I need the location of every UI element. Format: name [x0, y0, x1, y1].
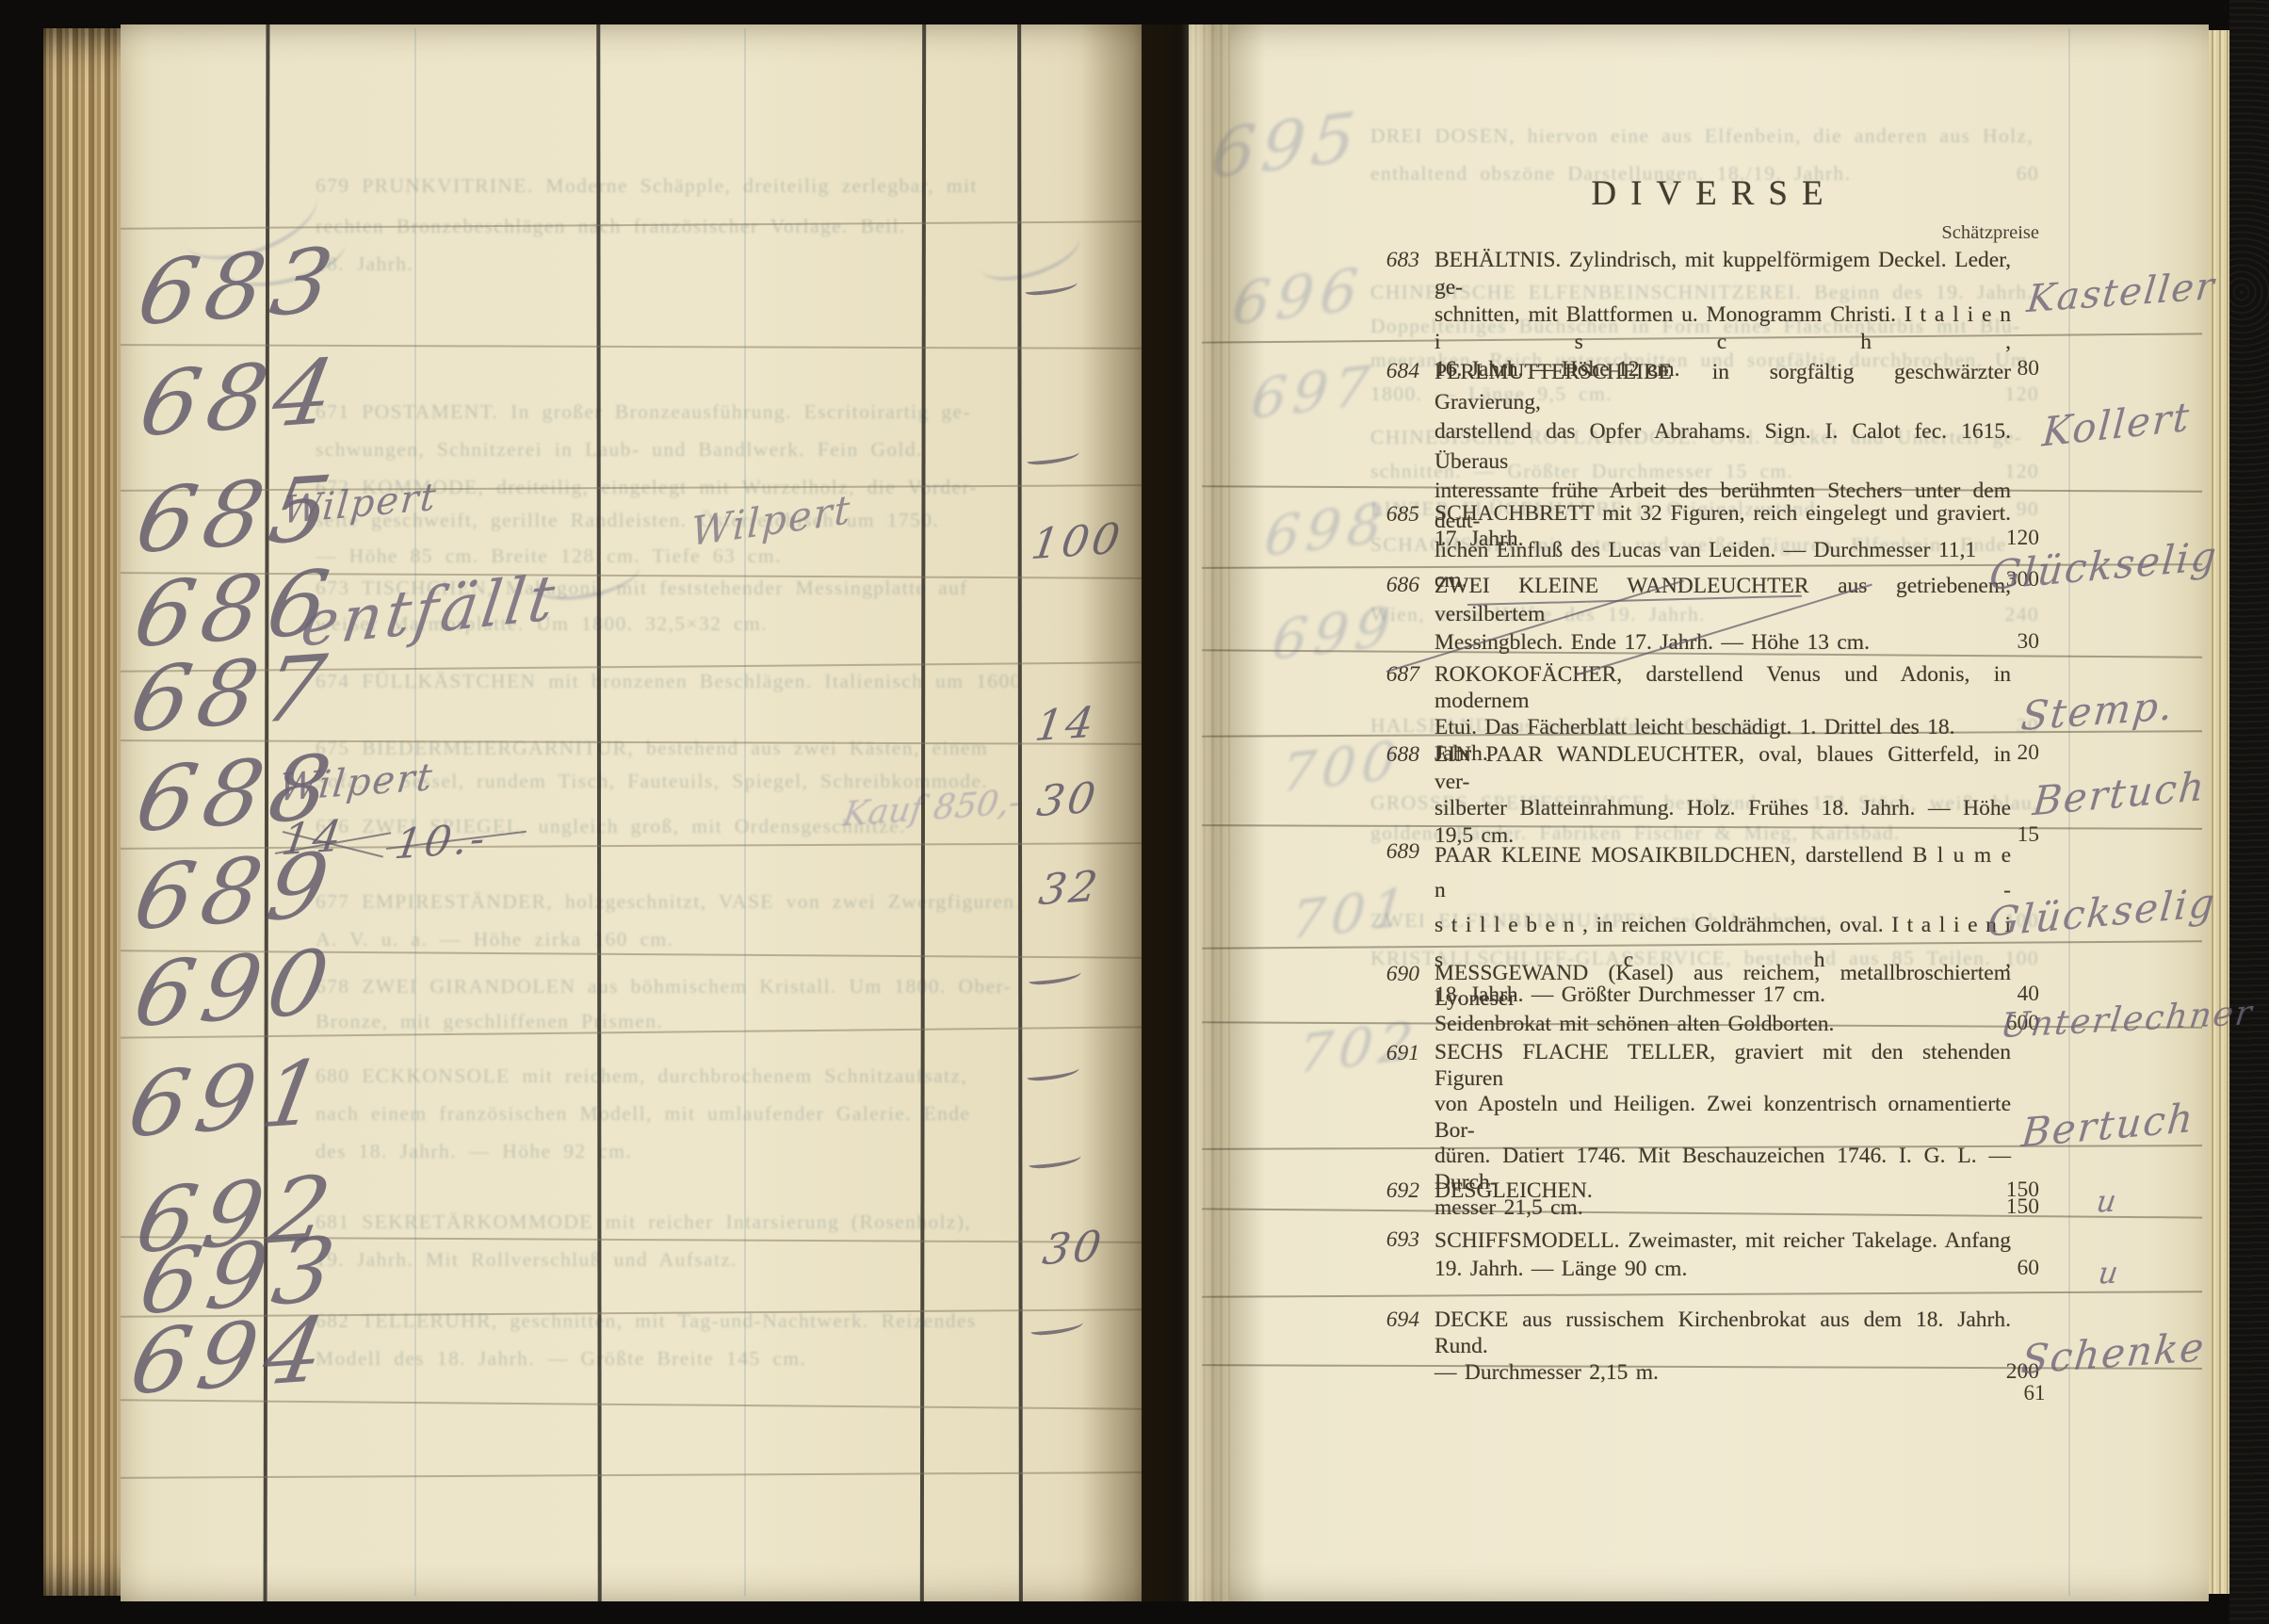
bleedthrough-print-line: A. V. u. a. — Höhe zirka 160 cm. — [316, 928, 1017, 951]
entry-text-line: DESGLEICHEN. — [1434, 1177, 2011, 1205]
entry-text-line: SECHS FLACHE TELLER, graviert mit den st… — [1434, 1040, 2011, 1092]
left-page-stack-edge — [43, 28, 124, 1596]
ledger-lot-number: 683 — [131, 229, 348, 346]
price-column-label: Schätzpreise — [1757, 222, 2039, 244]
ledger-price-value: 30 — [1034, 772, 1102, 826]
entry-text-line: silberter Blatteinrahmung. Holz. Frühes … — [1434, 795, 2011, 822]
ledger-lot-number: 694 — [123, 1298, 341, 1415]
bleedthrough-text: DREI DOSEN, hiervon eine aus Elfenbein, … — [1370, 124, 2034, 147]
book-cover-edge — [2229, 0, 2269, 1624]
bleedthrough-print-line: 679 PRUNKVITRINE. Moderne Schäpple, drei… — [316, 174, 1017, 198]
book-scan: DIVERSE Schätzpreise 61 679 PRUNKVITRINE… — [0, 0, 2269, 1624]
entry-text-line: Seidenbrokat mit schönen alten Goldborte… — [1434, 1012, 2011, 1037]
lot-number: 690 — [1386, 962, 1419, 987]
estimate-price: 30 — [2018, 627, 2040, 656]
bleedthrough-print-line: nach einem französischen Modell, mit uml… — [316, 1102, 1017, 1126]
entry-text-line: EIN PAAR WANDLEUCHTER, oval, blaues Gitt… — [1434, 741, 2011, 795]
entry-text-line: SCHACHBRETT mit 32 Figuren, reich eingel… — [1434, 501, 2011, 527]
bleedthrough-print-line: 678 ZWEI GIRANDOLEN aus böhmischem Krist… — [316, 975, 1017, 999]
lot-number: 686 — [1386, 573, 1419, 598]
ledger-struck-value: 14 — [279, 810, 348, 865]
bleedthrough-print-line: des 18. Jahrh. — Höhe 92 cm. — [316, 1140, 1017, 1163]
lot-number: 691 — [1386, 1041, 1419, 1066]
entry-text-line: BEHÄLTNIS. Zylindrisch, mit kuppelförmig… — [1434, 247, 2011, 301]
entry-text-line: Messingblech. Ende 17. Jahrh. — Höhe 13 … — [1434, 628, 2011, 657]
bleedthrough-print-line: Modell des 18. Jahrh. — Größte Breite 14… — [316, 1347, 1017, 1371]
catalog-entry-685: 685SCHACHBRETT mit 32 Figuren, reich ein… — [1434, 501, 2039, 552]
lot-number: 683 — [1386, 248, 1419, 273]
bleedthrough-print-line: — Höhe 85 cm. Breite 128 cm. Tiefe 63 cm… — [316, 544, 1017, 568]
ledger-ghost-rule — [414, 28, 416, 1596]
estimate-price: 120 — [2006, 526, 2039, 551]
bleedthrough-print-line: schwungen, Schnitzerei in Laub- und Band… — [316, 438, 1017, 462]
catalog-entry-688: 688EIN PAAR WANDLEUCHTER, oval, blaues G… — [1434, 741, 2039, 849]
ledger-ghost-rule — [744, 28, 746, 1596]
bleedthrough-print-line: 680 ECKKONSOLE mit reichem, durchbrochen… — [316, 1064, 1017, 1088]
entry-text-line: darstellend das Opfer Abrahams. Sign. I.… — [1434, 417, 2011, 477]
estimate-price: 60 — [2018, 1254, 2040, 1282]
entry-text-line: schnitten, mit Blattformen u. Monogramm … — [1434, 301, 2011, 356]
catalog-entry-692: 692DESGLEICHEN.150 — [1434, 1177, 2039, 1205]
catalog-entry-684: 684PERLMUTTERSCHEIBE in sorgfältig gesch… — [1434, 358, 2039, 595]
catalog-entry-694: 694DECKE aus russischem Kirchenbrokat au… — [1434, 1307, 2039, 1386]
entry-text-line: ZWEI KLEINE WANDLEUCHTER aus getriebenem… — [1434, 572, 2011, 628]
ledger-lot-number: 684 — [133, 340, 350, 457]
page-title: DIVERSE — [1413, 173, 2016, 214]
entry-text-line: DECKE aus russischem Kirchenbrokat aus d… — [1434, 1307, 2011, 1359]
entry-text-line: MESSGEWAND (Kasel) aus reichem, metallbr… — [1434, 961, 2011, 1012]
ledger-lot-number: 691 — [122, 1041, 339, 1158]
catalog-entry-693: 693SCHIFFSMODELL. Zweimaster, mit reiche… — [1434, 1226, 2039, 1283]
ledger-price-value: 100 — [1029, 513, 1126, 569]
bleedthrough-print-line: 19. Jahrh. Mit Rollverschluß und Aufsatz… — [316, 1248, 1017, 1272]
bleedthrough-price: 60 — [2017, 162, 2039, 186]
estimate-price: 150 — [2006, 1177, 2039, 1204]
bleedthrough-print-line: 671 POSTAMENT. In großer Bronzeausführun… — [316, 400, 1017, 424]
entry-text-line: von Aposteln und Heiligen. Zwei konzentr… — [1434, 1092, 2011, 1144]
lot-number: 693 — [1386, 1227, 1419, 1253]
ledger-lot-number: 690 — [127, 931, 345, 1047]
lot-number: 688 — [1386, 742, 1419, 768]
catalog-entry-690: 690MESSGEWAND (Kasel) aus reichem, metal… — [1434, 961, 2039, 1037]
bleedthrough-print-line: DREI DOSEN, hiervon eine aus Elfenbein, … — [1370, 124, 2039, 148]
lot-number: 684 — [1386, 359, 1419, 384]
entry-text-line: — Durchmesser 2,15 m. — [1434, 1359, 2011, 1386]
bleedthrough-print-line: 677 EMPIRESTÄNDER, holzgeschnitzt, VASE … — [316, 890, 1017, 914]
ledger-price-value: 30 — [1040, 1221, 1108, 1275]
lot-number: 689 — [1386, 839, 1419, 865]
entry-text-line: ROKOKOFÄCHER, darstellend Venus und Adon… — [1434, 661, 2011, 714]
ledger-price-value: 32 — [1036, 861, 1104, 915]
bleedthrough-print-line: 18. Jahrh. — [316, 252, 1017, 276]
entry-text-line: PERLMUTTERSCHEIBE in sorgfältig geschwär… — [1434, 358, 2011, 417]
entry-text-line: PAAR KLEINE MOSAIKBILDCHEN, darstellend … — [1434, 838, 2011, 908]
lot-number: 692 — [1386, 1178, 1419, 1204]
bleedthrough-print-line: 674 FÜLLKÄSTCHEN mit bronzenen Beschläge… — [316, 670, 1017, 693]
catalog-entry-686: 686ZWEI KLEINE WANDLEUCHTER aus getriebe… — [1434, 572, 2039, 657]
lot-number: 685 — [1386, 502, 1419, 528]
entry-text-line: 19. Jahrh. — Länge 90 cm. — [1434, 1255, 2011, 1283]
entry-text-line: 17. Jahrh. — [1434, 527, 2011, 552]
bleedthrough-print-line: 681 SEKRETÄRKOMMODE mit reicher Intarsie… — [316, 1210, 1017, 1234]
ledger-price-value: 14 — [1032, 697, 1100, 751]
lot-number: 694 — [1386, 1307, 1419, 1333]
entry-text-line: SCHIFFSMODELL. Zweimaster, mit reicher T… — [1434, 1226, 2011, 1255]
